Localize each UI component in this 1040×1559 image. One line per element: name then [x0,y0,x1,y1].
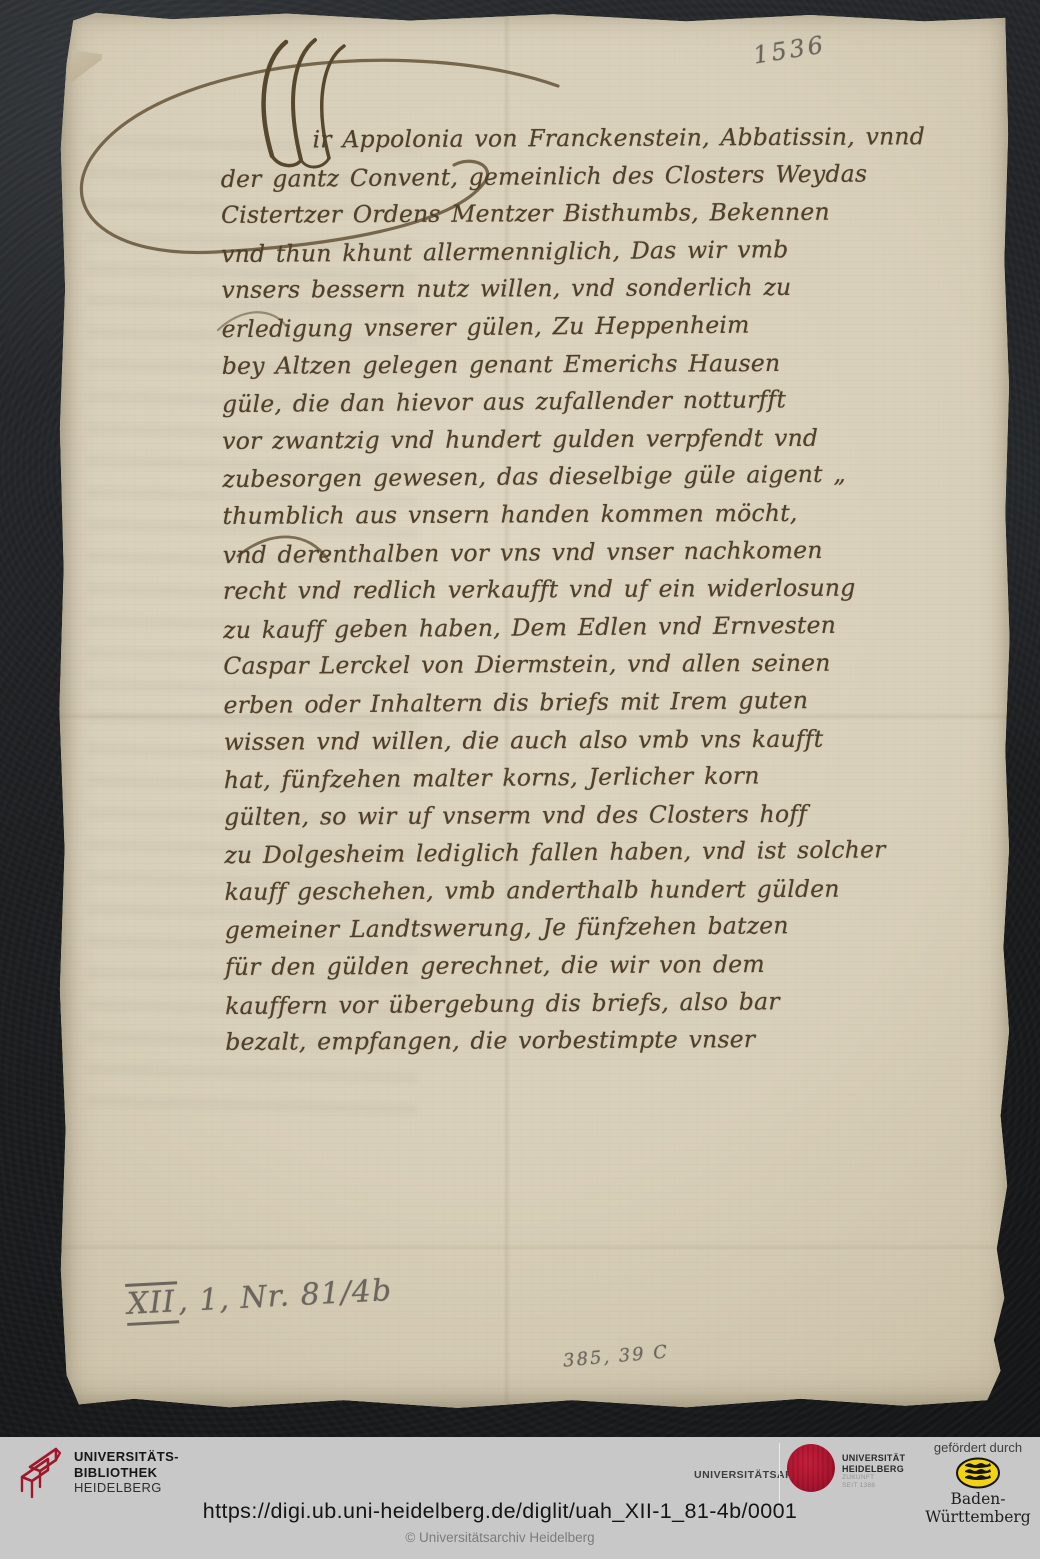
manuscript-line: vnd derenthalben vor vns vnd vnser nachk… [223,530,948,574]
manuscript-line: güle, die dan hievor aus zufallender not… [222,380,947,424]
scan-viewport: ir Appolonia von Franckenstein, Abbatiss… [0,0,1040,1559]
university-heidelberg-logo-text: UNIVERSITÄT HEIDELBERG ZUKUNFT SEIT 1386 [842,1453,905,1490]
footer-bar: UNIVERSITÄTS- BIBLIOTHEK HEIDELBERG UNIV… [0,1437,1040,1559]
manuscript-line: zu Dolgesheim lediglich fallen haben, vn… [224,831,949,875]
manuscript-line: vnsers bessern nutz willen, vnd sonderli… [221,268,946,309]
ub-logo-text: UNIVERSITÄTS- BIBLIOTHEK HEIDELBERG [74,1449,179,1501]
manuscript-line: gemeiner Landtswerung, Je fünfzehen batz… [225,906,950,950]
manuscript-line: hat, fünfzehen malter korns, Jerlicher k… [224,756,949,800]
archive-signature-annotation: XII, 1, Nr. 81/4b [125,1273,393,1322]
university-seal-icon [787,1444,835,1492]
manuscript-line: Caspar Lerckel von Diermstein, vnd allen… [223,644,948,685]
manuscript-line: für den gülden gerechnet, die wir von de… [225,945,950,986]
uni-logo-line2: HEIDELBERG [842,1464,905,1475]
shelfmark-annotation: 385, 39 C [562,1341,670,1371]
ub-heidelberg-logo: UNIVERSITÄTS- BIBLIOTHEK HEIDELBERG [16,1443,179,1501]
signature-roman-numeral: XII [125,1281,179,1326]
manuscript-line: kauffern vor übergebung dis briefs, also… [225,981,950,1025]
manuscript-line: thumblich aus vnsern handen kommen möcht… [223,494,948,535]
signature-rest: , 1, Nr. 81/4b [177,1273,393,1319]
manuscript-line: wissen vnd willen, die auch also vmb vns… [224,720,949,761]
book-logo-icon [16,1443,62,1501]
manuscript-line: vor zwantzig vnd hundert gulden verpfend… [222,419,947,460]
manuscript-line: kauff geschehen, vmb anderthalb hundert … [224,870,949,911]
pencil-year-annotation: 1536 [751,30,828,69]
manuscript-line: Cistertzer Ordens Mentzer Bisthumbs, Bek… [221,193,946,234]
ub-logo-line2: BIBLIOTHEK [74,1465,179,1481]
source-url: https://digi.ub.uni-heidelberg.de/diglit… [0,1499,1000,1524]
copyright-notice: © Universitätsarchiv Heidelberg [0,1530,1000,1545]
funding-label: gefördert durch [918,1440,1038,1455]
manuscript-line: bey Altzen gelegen genant Emerichs Hause… [222,344,947,385]
uni-logo-line4: SEIT 1386 [842,1482,905,1490]
manuscript-line: erledigung vnserer gülen, Zu Heppenheim [221,305,946,349]
manuscript-line: gülten, so wir uf vnserm vnd des Closter… [224,795,949,836]
manuscript-line: zu kauff geben haben, Dem Edlen vnd Ernv… [223,606,948,650]
uni-logo-line3: ZUKUNFT [842,1474,905,1482]
manuscript-line: ir Appolonia von Franckenstein, Abbatiss… [221,118,946,159]
bw-coat-of-arms-icon [955,1457,1001,1489]
footer-separator [779,1443,780,1503]
manuscript-line: vnd thun khunt allermenniglich, Das wir … [221,230,946,274]
manuscript-line: der gantz Convent, gemeinlich des Closte… [221,154,946,198]
dog-ear-fold [68,50,102,88]
manuscript-line: erben oder Inhaltern dis briefs mit Irem… [223,681,948,725]
uni-logo-line1: UNIVERSITÄT [842,1453,905,1464]
manuscript-line: recht vnd redlich verkaufft vnd uf ein w… [223,569,948,610]
manuscript-page: ir Appolonia von Franckenstein, Abbatiss… [58,8,1010,1410]
manuscript-text: ir Appolonia von Franckenstein, Abbatiss… [221,118,951,1062]
ub-logo-line3: HEIDELBERG [74,1480,179,1496]
manuscript-line: bezalt, empfangen, die vorbestimpte vnse… [225,1020,950,1061]
ub-logo-line1: UNIVERSITÄTS- [74,1449,179,1465]
manuscript-line: zubesorgen gewesen, das dieselbige güle … [222,455,947,499]
